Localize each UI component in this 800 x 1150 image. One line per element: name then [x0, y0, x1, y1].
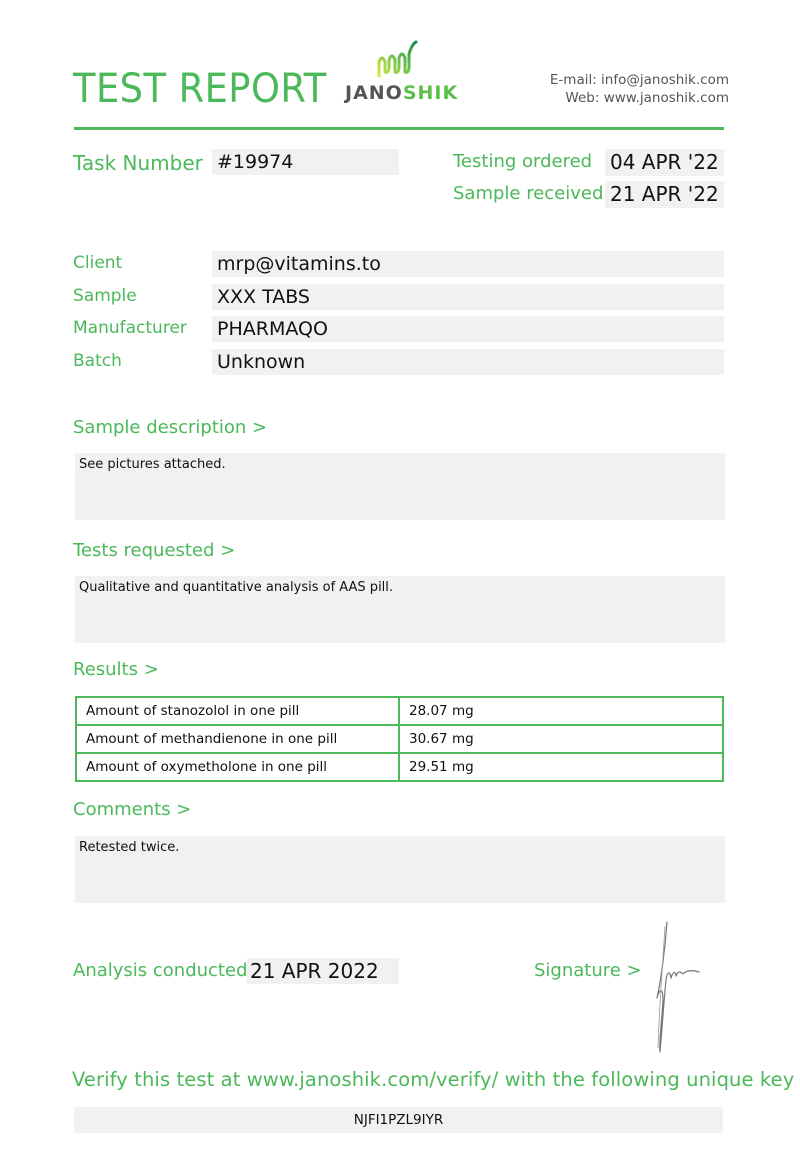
chart-bars-logo-icon — [345, 40, 460, 80]
page-title: TEST REPORT — [73, 66, 327, 112]
task-number-value: #19974 — [212, 149, 399, 175]
janoshik-logo: JANOSHIK — [345, 40, 460, 110]
result-item: Amount of oxymetholone in one pill — [76, 753, 399, 781]
contact-web[interactable]: Web: www.janoshik.com — [550, 89, 729, 107]
analysis-conducted-value: 21 APR 2022 — [247, 958, 399, 984]
tests-requested-title: Tests requested > — [73, 540, 235, 561]
results-title: Results > — [73, 659, 159, 680]
tests-requested-text: Qualitative and quantitative analysis of… — [75, 576, 725, 643]
results-table: Amount of stanozolol in one pill 28.07 m… — [75, 696, 724, 782]
header-divider — [74, 127, 724, 130]
verify-instructions: Verify this test at www.janoshik.com/ver… — [72, 1068, 794, 1091]
sample-received-value: 21 APR '22 — [605, 181, 724, 208]
table-row: Amount of methandienone in one pill 30.6… — [76, 725, 723, 753]
testing-ordered-label: Testing ordered > — [453, 151, 619, 172]
handwritten-signature-icon — [645, 920, 705, 1055]
contact-info: E-mail: info@janoshik.com Web: www.janos… — [550, 71, 729, 107]
logo-text-dark: JANO — [345, 82, 403, 104]
comments-text: Retested twice. — [75, 836, 725, 903]
client-label: Client — [73, 253, 122, 273]
result-value: 29.51 mg — [399, 753, 723, 781]
analysis-conducted-label: Analysis conducted > — [73, 960, 268, 981]
table-row: Amount of stanozolol in one pill 28.07 m… — [76, 697, 723, 725]
comments-title: Comments > — [73, 799, 191, 820]
batch-value: Unknown — [212, 349, 724, 375]
testing-ordered-value: 04 APR '22 — [605, 149, 724, 176]
task-number-label: Task Number — [73, 151, 203, 175]
sample-description-text: See pictures attached. — [75, 453, 725, 520]
sample-received-label: Sample received > — [453, 183, 624, 204]
table-row: Amount of oxymetholone in one pill 29.51… — [76, 753, 723, 781]
result-item: Amount of methandienone in one pill — [76, 725, 399, 753]
logo-text-light: SHIK — [403, 82, 458, 104]
sample-value: XXX TABS — [212, 284, 724, 310]
logo-text: JANOSHIK — [345, 82, 458, 104]
contact-email[interactable]: E-mail: info@janoshik.com — [550, 71, 729, 89]
sample-label: Sample — [73, 286, 137, 306]
result-value: 28.07 mg — [399, 697, 723, 725]
sample-description-title: Sample description > — [73, 417, 267, 438]
manufacturer-label: Manufacturer — [73, 318, 187, 338]
signature-label: Signature > — [534, 960, 642, 981]
manufacturer-value: PHARMAQO — [212, 316, 724, 342]
verification-key: NJFI1PZL9IYR — [74, 1107, 723, 1133]
batch-label: Batch — [73, 351, 122, 371]
result-item: Amount of stanozolol in one pill — [76, 697, 399, 725]
client-value: mrp@vitamins.to — [212, 251, 724, 277]
result-value: 30.67 mg — [399, 725, 723, 753]
